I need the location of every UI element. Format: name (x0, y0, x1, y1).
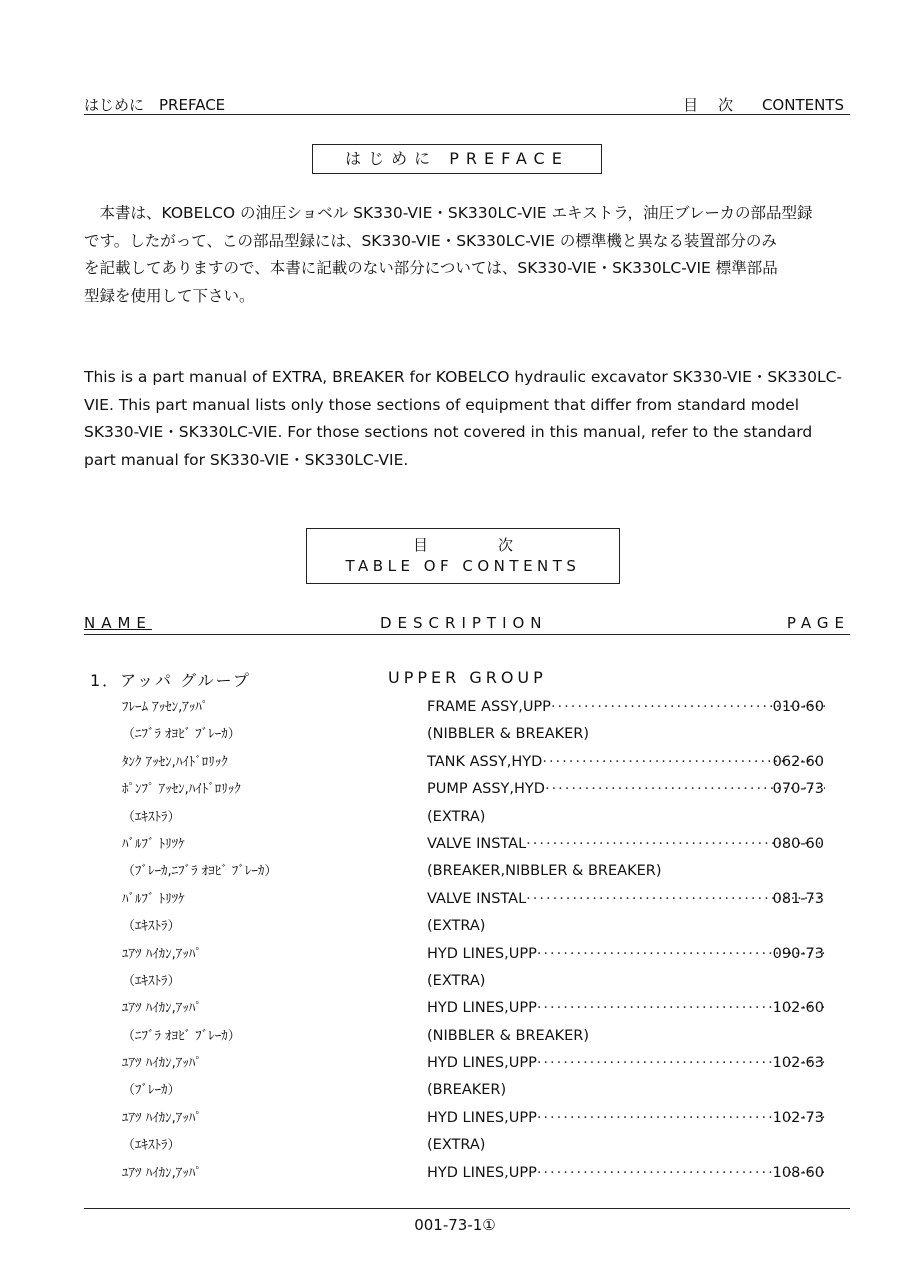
header-contents-en: CONTENTS (762, 96, 844, 114)
toc-row-name: （ｴｷｽﾄﾗ） (122, 1132, 181, 1159)
toc-row-description: (EXTRA) (427, 968, 485, 995)
toc-row-name: （ﾌﾞﾚｰｶ,ﾆﾌﾞﾗ ｵﾖﾋﾞ ﾌﾞﾚｰｶ） (122, 858, 277, 885)
toc-row-name: ﾕｱﾂ ﾊｲｶﾝ,ｱｯﾊﾟ (122, 1050, 202, 1077)
en-line: part manual for SK330-VIE・SK330LC-VIE. (84, 447, 854, 475)
toc-row-description: (EXTRA) (427, 804, 485, 831)
toc-row-name: ﾀﾝｸ ｱｯｾﾝ,ﾊｲﾄﾞﾛﾘｯｸ (122, 749, 228, 776)
toc-title-jp: 目次 (307, 535, 619, 555)
toc-row-name: ﾌﾚｰﾑ ｱｯｾﾝ,ｱｯﾊﾟ (122, 694, 208, 721)
toc-row-description-with-leader: HYD LINES,UPP···························… (427, 1050, 825, 1077)
toc-row-name: ﾕｱﾂ ﾊｲｶﾝ,ｱｯﾊﾟ (122, 1160, 202, 1187)
toc-row-description-with-leader: FRAME ASSY,UPP··························… (427, 694, 825, 721)
toc-row-description: FRAME ASSY,UPP (427, 694, 551, 721)
toc-row-description-with-leader: HYD LINES,UPP···························… (427, 941, 825, 968)
toc-row-description: TANK ASSY,HYD (427, 749, 542, 776)
toc-row-page: 080-60 (773, 831, 824, 858)
toc-row: ﾌﾚｰﾑ ｱｯｾﾝ,ｱｯﾊﾟFRAME ASSY,UPP············… (84, 694, 854, 721)
toc-row: （ﾌﾞﾚｰｶ）(BREAKER) (84, 1077, 854, 1104)
toc-row-page: 010-60 (773, 694, 824, 721)
preface-title-box: はじめに PREFACE (312, 144, 602, 174)
toc-row-name: （ｴｷｽﾄﾗ） (122, 968, 181, 995)
toc-row: （ｴｷｽﾄﾗ）(EXTRA) (84, 968, 854, 995)
toc-row-description: VALVE INSTAL (427, 831, 526, 858)
toc-row-description-with-leader: HYD LINES,UPP···························… (427, 995, 825, 1022)
toc-row: ﾕｱﾂ ﾊｲｶﾝ,ｱｯﾊﾟHYD LINES,UPP··············… (84, 1160, 854, 1187)
toc-row-name: （ｴｷｽﾄﾗ） (122, 913, 181, 940)
group-heading-jp: 1．アッパ グループ (90, 668, 251, 691)
toc-row-description: HYD LINES,UPP (427, 1050, 537, 1077)
toc-title-box: 目次 TABLE OF CONTENTS (306, 528, 620, 584)
toc-row-name: ﾊﾞﾙﾌﾞ ﾄﾘﾂｹ (122, 886, 185, 913)
en-line: VIE. This part manual lists only those s… (84, 392, 854, 420)
toc-row: ﾕｱﾂ ﾊｲｶﾝ,ｱｯﾊﾟHYD LINES,UPP··············… (84, 1105, 854, 1132)
jp-line: を記載してありますので、本書に記載のない部分については、SK330-VIE・SK… (84, 255, 854, 283)
header-contents-kanji: 目次 (683, 96, 753, 114)
toc-row-description: HYD LINES,UPP (427, 995, 537, 1022)
page-header: はじめに PREFACE 目次 CONTENTS (84, 92, 850, 115)
toc-row: ﾕｱﾂ ﾊｲｶﾝ,ｱｯﾊﾟHYD LINES,UPP··············… (84, 1050, 854, 1077)
toc-row-description-with-leader: VALVE INSTAL····························… (427, 886, 825, 913)
toc-row-description: (EXTRA) (427, 1132, 485, 1159)
column-header-page: PAGE (787, 614, 850, 632)
toc-row-description: (NIBBLER & BREAKER) (427, 721, 589, 748)
toc-row: （ﾆﾌﾞﾗ ｵﾖﾋﾞ ﾌﾞﾚｰｶ）(NIBBLER & BREAKER) (84, 1023, 854, 1050)
toc-row-name: （ﾌﾞﾚｰｶ） (122, 1077, 181, 1104)
toc-row-page: 090-73 (773, 941, 824, 968)
toc-row-description-with-leader: TANK ASSY,HYD···························… (427, 749, 825, 776)
en-line: SK330-VIE・SK330LC-VIE. For those section… (84, 419, 854, 447)
toc-row-description: VALVE INSTAL (427, 886, 526, 913)
toc-row: （ｴｷｽﾄﾗ）(EXTRA) (84, 1132, 854, 1159)
toc-row-name: （ｴｷｽﾄﾗ） (122, 804, 181, 831)
toc-entries: ﾌﾚｰﾑ ｱｯｾﾝ,ｱｯﾊﾟFRAME ASSY,UPP············… (84, 694, 854, 1187)
toc-row: ﾕｱﾂ ﾊｲｶﾝ,ｱｯﾊﾟHYD LINES,UPP··············… (84, 995, 854, 1022)
toc-row: （ｴｷｽﾄﾗ）(EXTRA) (84, 804, 854, 831)
jp-line: です。したがって、この部品型録には、SK330-VIE・SK330LC-VIE … (84, 228, 854, 256)
toc-row-name: ﾕｱﾂ ﾊｲｶﾝ,ｱｯﾊﾟ (122, 995, 202, 1022)
toc-row: ﾕｱﾂ ﾊｲｶﾝ,ｱｯﾊﾟHYD LINES,UPP··············… (84, 941, 854, 968)
toc-row-name: ﾕｱﾂ ﾊｲｶﾝ,ｱｯﾊﾟ (122, 1105, 202, 1132)
toc-row-page: 102-73 (773, 1105, 824, 1132)
english-preface-paragraph: This is a part manual of EXTRA, BREAKER … (84, 364, 854, 474)
page-number: 001-73-1① (0, 1216, 910, 1234)
footer-divider (84, 1208, 850, 1209)
toc-row: ﾀﾝｸ ｱｯｾﾝ,ﾊｲﾄﾞﾛﾘｯｸTANK ASSY,HYD··········… (84, 749, 854, 776)
toc-row-description-with-leader: PUMP ASSY,HYD···························… (427, 776, 825, 803)
toc-row-description: HYD LINES,UPP (427, 1160, 537, 1187)
jp-line: 本書は、KOBELCO の油圧ショベル SK330-VIE・SK330LC-VI… (84, 200, 854, 228)
toc-row-description: PUMP ASSY,HYD (427, 776, 545, 803)
toc-row-name: ﾊﾞﾙﾌﾞ ﾄﾘﾂｹ (122, 831, 185, 858)
en-line: This is a part manual of EXTRA, BREAKER … (84, 364, 854, 392)
toc-title-en: TABLE OF CONTENTS (307, 555, 619, 577)
group-heading-en: UPPER GROUP (388, 668, 547, 687)
toc-row-description: HYD LINES,UPP (427, 1105, 537, 1132)
toc-row: ﾊﾞﾙﾌﾞ ﾄﾘﾂｹVALVE INSTAL··················… (84, 886, 854, 913)
header-contents-label: 目次 CONTENTS (683, 94, 844, 115)
column-header-description: DESCRIPTION (380, 614, 548, 632)
header-section-title: はじめに PREFACE (84, 94, 225, 115)
toc-row-page: 070-73 (773, 776, 824, 803)
toc-row-description-with-leader: HYD LINES,UPP···························… (427, 1105, 825, 1132)
toc-row-description-with-leader: VALVE INSTAL····························… (427, 831, 825, 858)
toc-row-page: 062-60 (773, 749, 824, 776)
toc-row-name: （ﾆﾌﾞﾗ ｵﾖﾋﾞ ﾌﾞﾚｰｶ） (122, 721, 241, 748)
toc-row: （ﾌﾞﾚｰｶ,ﾆﾌﾞﾗ ｵﾖﾋﾞ ﾌﾞﾚｰｶ）(BREAKER,NIBBLER … (84, 858, 854, 885)
toc-row-page: 081-73 (773, 886, 824, 913)
toc-row: （ﾆﾌﾞﾗ ｵﾖﾋﾞ ﾌﾞﾚｰｶ）(NIBBLER & BREAKER) (84, 721, 854, 748)
toc-row-description-with-leader: HYD LINES,UPP···························… (427, 1160, 825, 1187)
toc-row-name: （ﾆﾌﾞﾗ ｵﾖﾋﾞ ﾌﾞﾚｰｶ） (122, 1023, 241, 1050)
toc-row-description: HYD LINES,UPP (427, 941, 537, 968)
column-header-name: NAME (84, 614, 152, 632)
toc-row-page: 108-60 (773, 1160, 824, 1187)
jp-line: 型録を使用して下さい。 (84, 283, 854, 311)
toc-row-page: 102-63 (773, 1050, 824, 1077)
toc-column-headers: NAME DESCRIPTION PAGE (84, 614, 850, 635)
toc-row-description: (NIBBLER & BREAKER) (427, 1023, 589, 1050)
japanese-preface-paragraph: 本書は、KOBELCO の油圧ショベル SK330-VIE・SK330LC-VI… (84, 200, 854, 310)
toc-row-name: ﾎﾟﾝﾌﾟ ｱｯｾﾝ,ﾊｲﾄﾞﾛﾘｯｸ (122, 776, 241, 803)
toc-row: ﾎﾟﾝﾌﾟ ｱｯｾﾝ,ﾊｲﾄﾞﾛﾘｯｸPUMP ASSY,HYD········… (84, 776, 854, 803)
toc-row-description: (BREAKER,NIBBLER & BREAKER) (427, 858, 661, 885)
toc-row: （ｴｷｽﾄﾗ）(EXTRA) (84, 913, 854, 940)
toc-row-name: ﾕｱﾂ ﾊｲｶﾝ,ｱｯﾊﾟ (122, 941, 202, 968)
toc-row-description: (EXTRA) (427, 913, 485, 940)
toc-row: ﾊﾞﾙﾌﾞ ﾄﾘﾂｹVALVE INSTAL··················… (84, 831, 854, 858)
toc-row-page: 102-60 (773, 995, 824, 1022)
toc-row-description: (BREAKER) (427, 1077, 506, 1104)
